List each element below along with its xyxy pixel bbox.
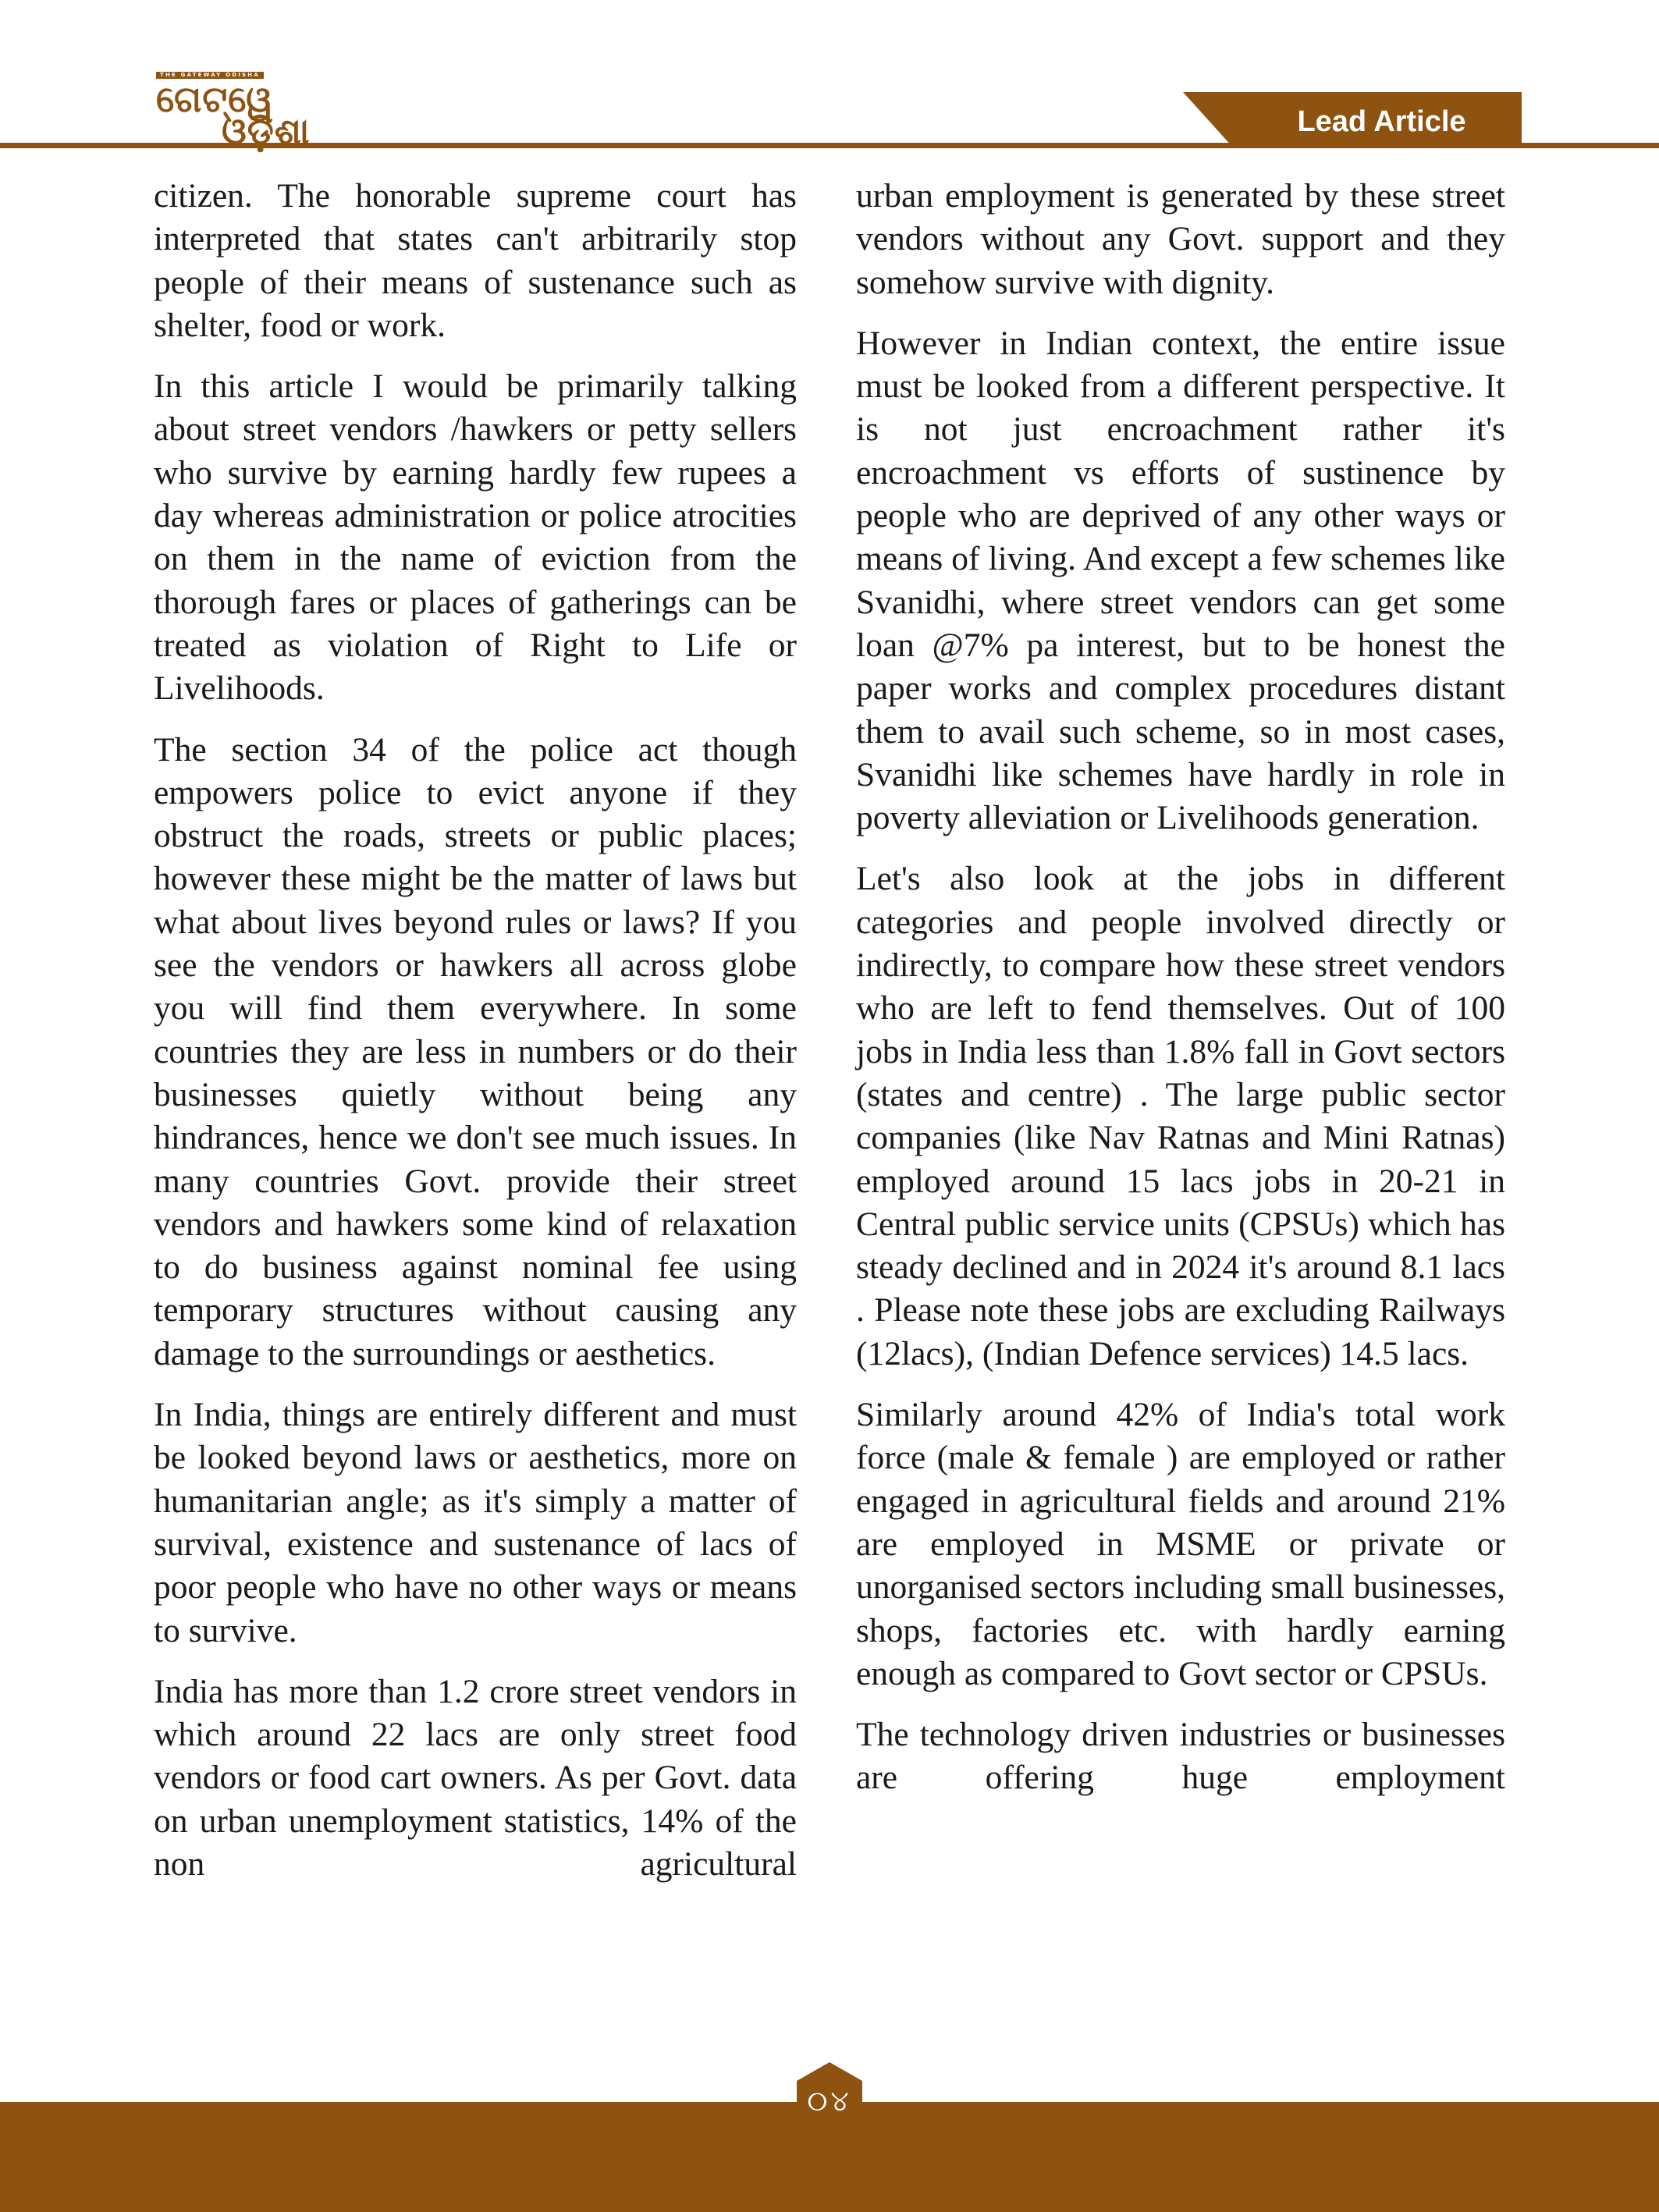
paragraph: urban employment is generated by these s… [856,175,1505,304]
article-column-left: citizen. The honorable supreme court has… [154,175,797,1904]
paragraph: Similarly around 42% of India's total wo… [856,1394,1505,1695]
footer-bar [0,2102,1659,2212]
paragraph: In India, things are entirely different … [154,1394,797,1653]
paragraph: The technology driven industries or busi… [856,1713,1505,1800]
paragraph: Let's also look at the jobs in different… [856,857,1505,1376]
paragraph: In this article I would be primarily tal… [154,365,797,710]
paragraph: India has more than 1.2 crore street ven… [154,1671,797,1886]
article-column-right: urban employment is generated by these s… [856,175,1505,1818]
section-label: Lead Article [1242,106,1522,137]
paragraph: However in Indian context, the entire is… [856,322,1505,840]
page-number: ୦୪ [797,2086,862,2118]
paragraph: citizen. The honorable supreme court has… [154,175,797,347]
paragraph: The section 34 of the police act though … [154,729,797,1376]
magazine-logo: THE GATEWAY ODISHA ଗେଟ୍‌ୱେ ଓଡ଼ିଶା [156,70,336,152]
section-label-tab: Lead Article [1183,92,1522,148]
